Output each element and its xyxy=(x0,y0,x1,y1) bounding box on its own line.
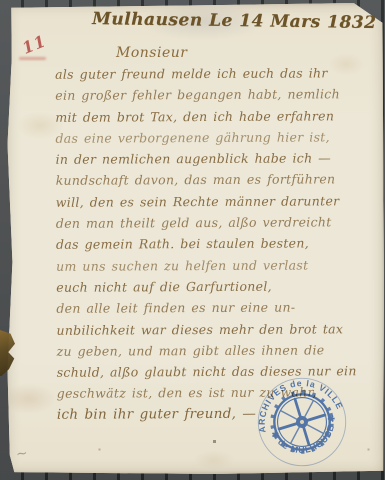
handwriting-line: will, den es sein Rechte männer darunter xyxy=(56,190,360,213)
foxing-specks xyxy=(0,0,1,1)
handwriting-line: den alle leit finden es nur eine un- xyxy=(56,296,360,319)
handwriting-line: um uns suchen zu helfen und verlast xyxy=(56,254,360,277)
photo-background: 11 Mulhausen Le 14 Mars 1832 Monsieur al… xyxy=(0,0,385,480)
letter-dateline: Mulhausen Le 14 Mars 1832 xyxy=(92,9,372,33)
red-smudge xyxy=(19,57,46,60)
handwriting-line: das eine verborgenene gährung hier ist, xyxy=(55,126,359,149)
handwriting-line: den man theilt geld aus, alßo verdreicht xyxy=(56,211,360,234)
handwriting-line: euch nicht auf die Garfurtionel, xyxy=(56,275,360,298)
letter-salutation: Monsieur xyxy=(116,45,187,61)
handwriting-line: ein großer fehler begangen habt, nemlich xyxy=(55,84,359,107)
handwriting-line: das gemein Rath. bei staulen besten, xyxy=(56,233,360,256)
handwriting-line: unbilichkeit war dieses mehr den brot ta… xyxy=(56,318,360,341)
handwriting-line: zu geben, und man gibt alles ihnen die xyxy=(57,339,361,362)
handwriting-line: in der nemlichen augenblick habe ich — xyxy=(56,147,360,170)
handwriting-line: als guter freund melde ich euch das ihr xyxy=(55,62,359,85)
handwriting-line: mit dem brot Tax, den ich habe erfahren xyxy=(55,105,359,128)
pencil-scribble: ~ xyxy=(15,445,28,462)
handwriting-line: kundschaft davon, das man es fortführen xyxy=(56,169,360,192)
